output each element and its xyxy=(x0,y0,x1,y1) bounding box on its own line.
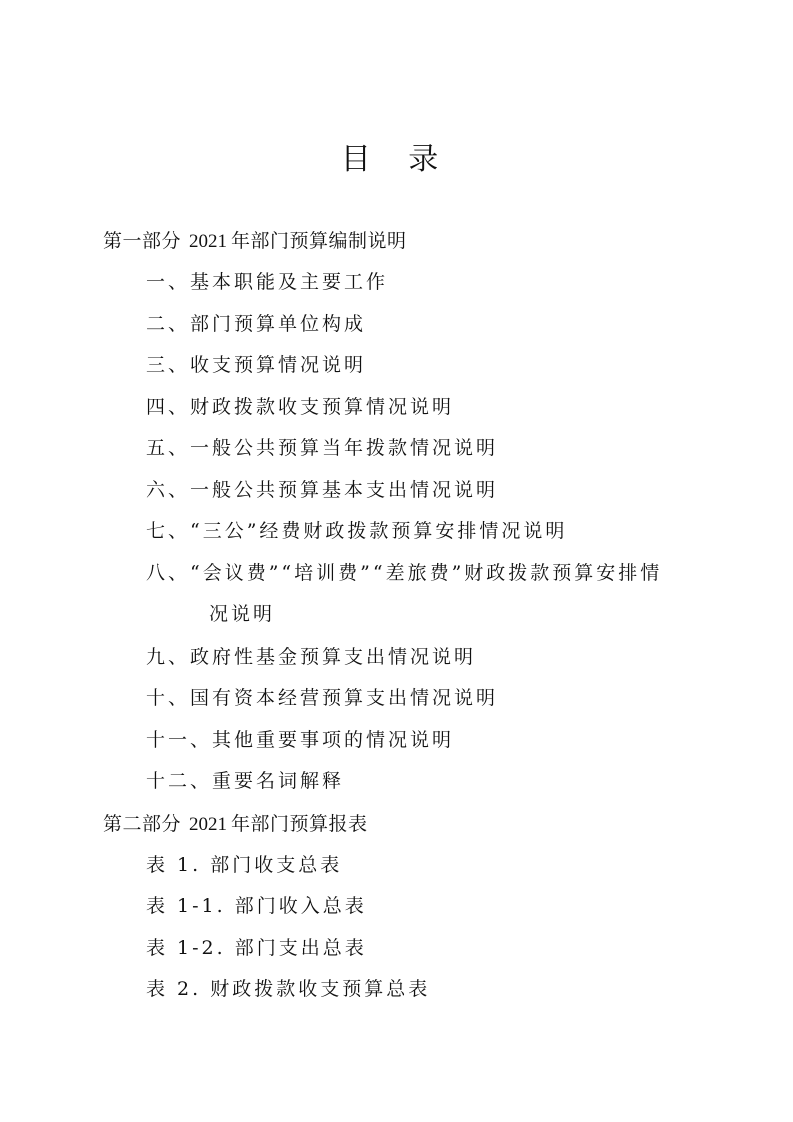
toc-item[interactable]: 十一、其他重要事项的情况说明 xyxy=(146,727,454,753)
page-title: 目 录 xyxy=(0,140,793,180)
part-2-year: 2021 xyxy=(189,814,227,835)
toc-item[interactable]: 一、基本职能及主要工作 xyxy=(146,269,388,295)
toc-item[interactable]: 九、政府性基金预算支出情况说明 xyxy=(146,644,476,670)
part-2-prefix: 第二部分 xyxy=(103,813,181,835)
toc-item[interactable]: 五、一般公共预算当年拨款情况说明 xyxy=(146,435,498,461)
toc-item[interactable]: 十二、重要名词解释 xyxy=(146,768,344,794)
toc-item[interactable]: 四、财政拨款收支预算情况说明 xyxy=(146,394,454,420)
toc-item[interactable]: 八、“会议费”“培训费”“差旅费”财政拨款预算安排情 xyxy=(146,560,662,586)
toc-table-item[interactable]: 表 2. 财政拨款收支预算总表 xyxy=(146,976,430,1002)
toc-item[interactable]: 二、部门预算单位构成 xyxy=(146,311,366,337)
toc-table-item[interactable]: 表 1-2. 部门支出总表 xyxy=(146,935,367,961)
part-2-suffix: 年部门预算报表 xyxy=(231,813,368,835)
toc-item[interactable]: 六、一般公共预算基本支出情况说明 xyxy=(146,477,498,503)
part-1-year: 2021 xyxy=(189,231,227,252)
toc-table-item[interactable]: 表 1. 部门收支总表 xyxy=(146,852,342,878)
document-page: 目 录 第一部分2021年部门预算编制说明 一、基本职能及主要工作 二、部门预算… xyxy=(0,0,793,1122)
toc-item[interactable]: 七、“三公”经费财政拨款预算安排情况说明 xyxy=(146,518,567,544)
toc-item[interactable]: 十、国有资本经营预算支出情况说明 xyxy=(146,685,498,711)
part-1-prefix: 第一部分 xyxy=(103,230,181,252)
toc-item[interactable]: 三、收支预算情况说明 xyxy=(146,352,366,378)
toc-item-continuation[interactable]: 况说明 xyxy=(209,601,275,627)
toc-table-item[interactable]: 表 1-1. 部门收入总表 xyxy=(146,893,367,919)
toc-part-1-heading[interactable]: 第一部分2021年部门预算编制说明 xyxy=(103,228,407,255)
part-1-suffix: 年部门预算编制说明 xyxy=(231,230,407,252)
toc-part-2-heading[interactable]: 第二部分2021年部门预算报表 xyxy=(103,811,368,838)
